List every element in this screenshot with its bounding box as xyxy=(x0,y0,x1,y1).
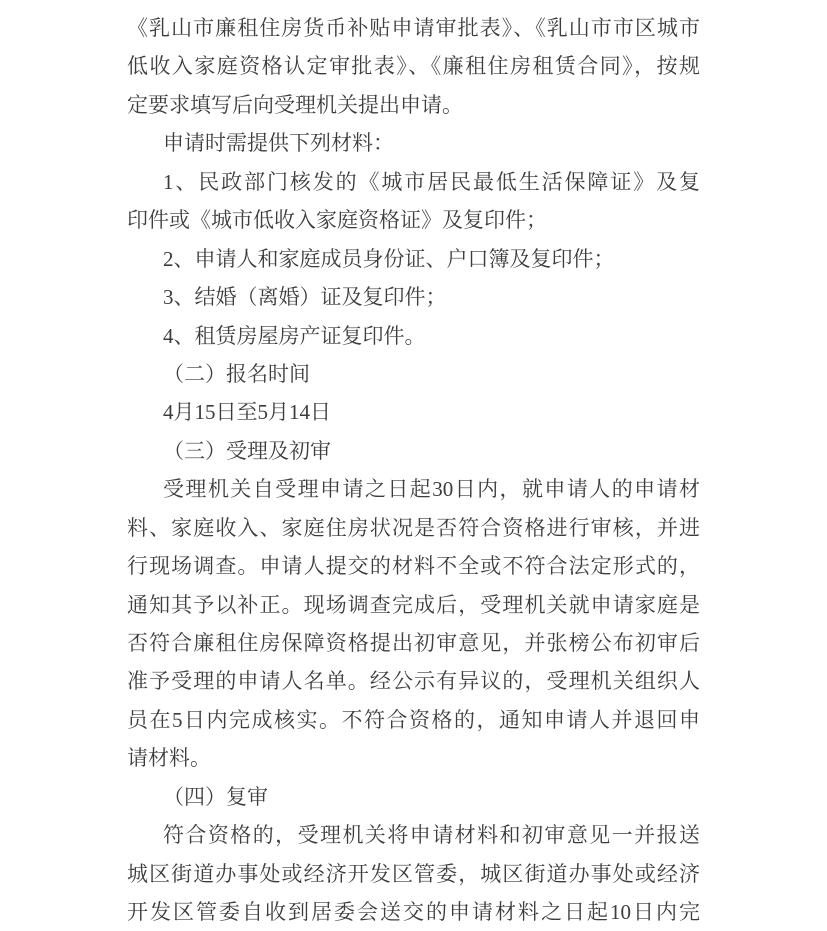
text-line: 符合资格的，受理机关将申请材料和初审意见一并报送 xyxy=(127,816,700,854)
text-line: （四）复审 xyxy=(127,778,700,816)
text-line: 定要求填写后向受理机关提出申请。 xyxy=(127,86,700,124)
text-line: 通知其予以补正。现场调查完成后，受理机关就申请家庭是 xyxy=(127,586,700,624)
text-line: 开发区管委自收到居委会送交的申请材料之日起10日内完 xyxy=(127,893,700,931)
text-line: 低收入家庭资格认定审批表》、《廉租住房租赁合同》，按规 xyxy=(127,47,700,85)
text-line: 行现场调查。申请人提交的材料不全或不符合法定形式的， xyxy=(127,547,700,585)
text-line: 4月15日至5月14日 xyxy=(127,393,700,431)
text-line: （三）受理及初审 xyxy=(127,432,700,470)
text-line: 城区街道办事处或经济开发区管委，城区街道办事处或经济 xyxy=(127,855,700,893)
text-line: 受理机关自受理申请之日起30日内，就申请人的申请材 xyxy=(127,470,700,508)
text-line: 《乳山市廉租住房货币补贴申请审批表》、《乳山市市区城市 xyxy=(127,9,700,47)
text-block: 《乳山市廉租住房货币补贴申请审批表》、《乳山市市区城市低收入家庭资格认定审批表》… xyxy=(127,9,700,931)
text-line: 4、租赁房屋房产证复印件。 xyxy=(127,317,700,355)
text-line: 料、家庭收入、家庭住房状况是否符合资格进行审核，并进 xyxy=(127,509,700,547)
text-line: 申请时需提供下列材料： xyxy=(127,124,700,162)
text-line: 否符合廉租住房保障资格提出初审意见，并张榜公布初审后 xyxy=(127,624,700,662)
text-line: 准予受理的申请人名单。经公示有异议的，受理机关组织人 xyxy=(127,662,700,700)
text-line: 1、民政部门核发的《城市居民最低生活保障证》及复 xyxy=(127,163,700,201)
text-line: 2、申请人和家庭成员身份证、户口簿及复印件； xyxy=(127,240,700,278)
text-line: （二）报名时间 xyxy=(127,355,700,393)
text-line: 印件或《城市低收入家庭资格证》及复印件； xyxy=(127,201,700,239)
text-line: 请材料。 xyxy=(127,739,700,777)
text-line: 3、结婚（离婚）证及复印件； xyxy=(127,278,700,316)
text-line: 员在5日内完成核实。不符合资格的，通知申请人并退回申 xyxy=(127,701,700,739)
document-page: 《乳山市廉租住房货币补贴申请审批表》、《乳山市市区城市低收入家庭资格认定审批表》… xyxy=(0,0,827,931)
